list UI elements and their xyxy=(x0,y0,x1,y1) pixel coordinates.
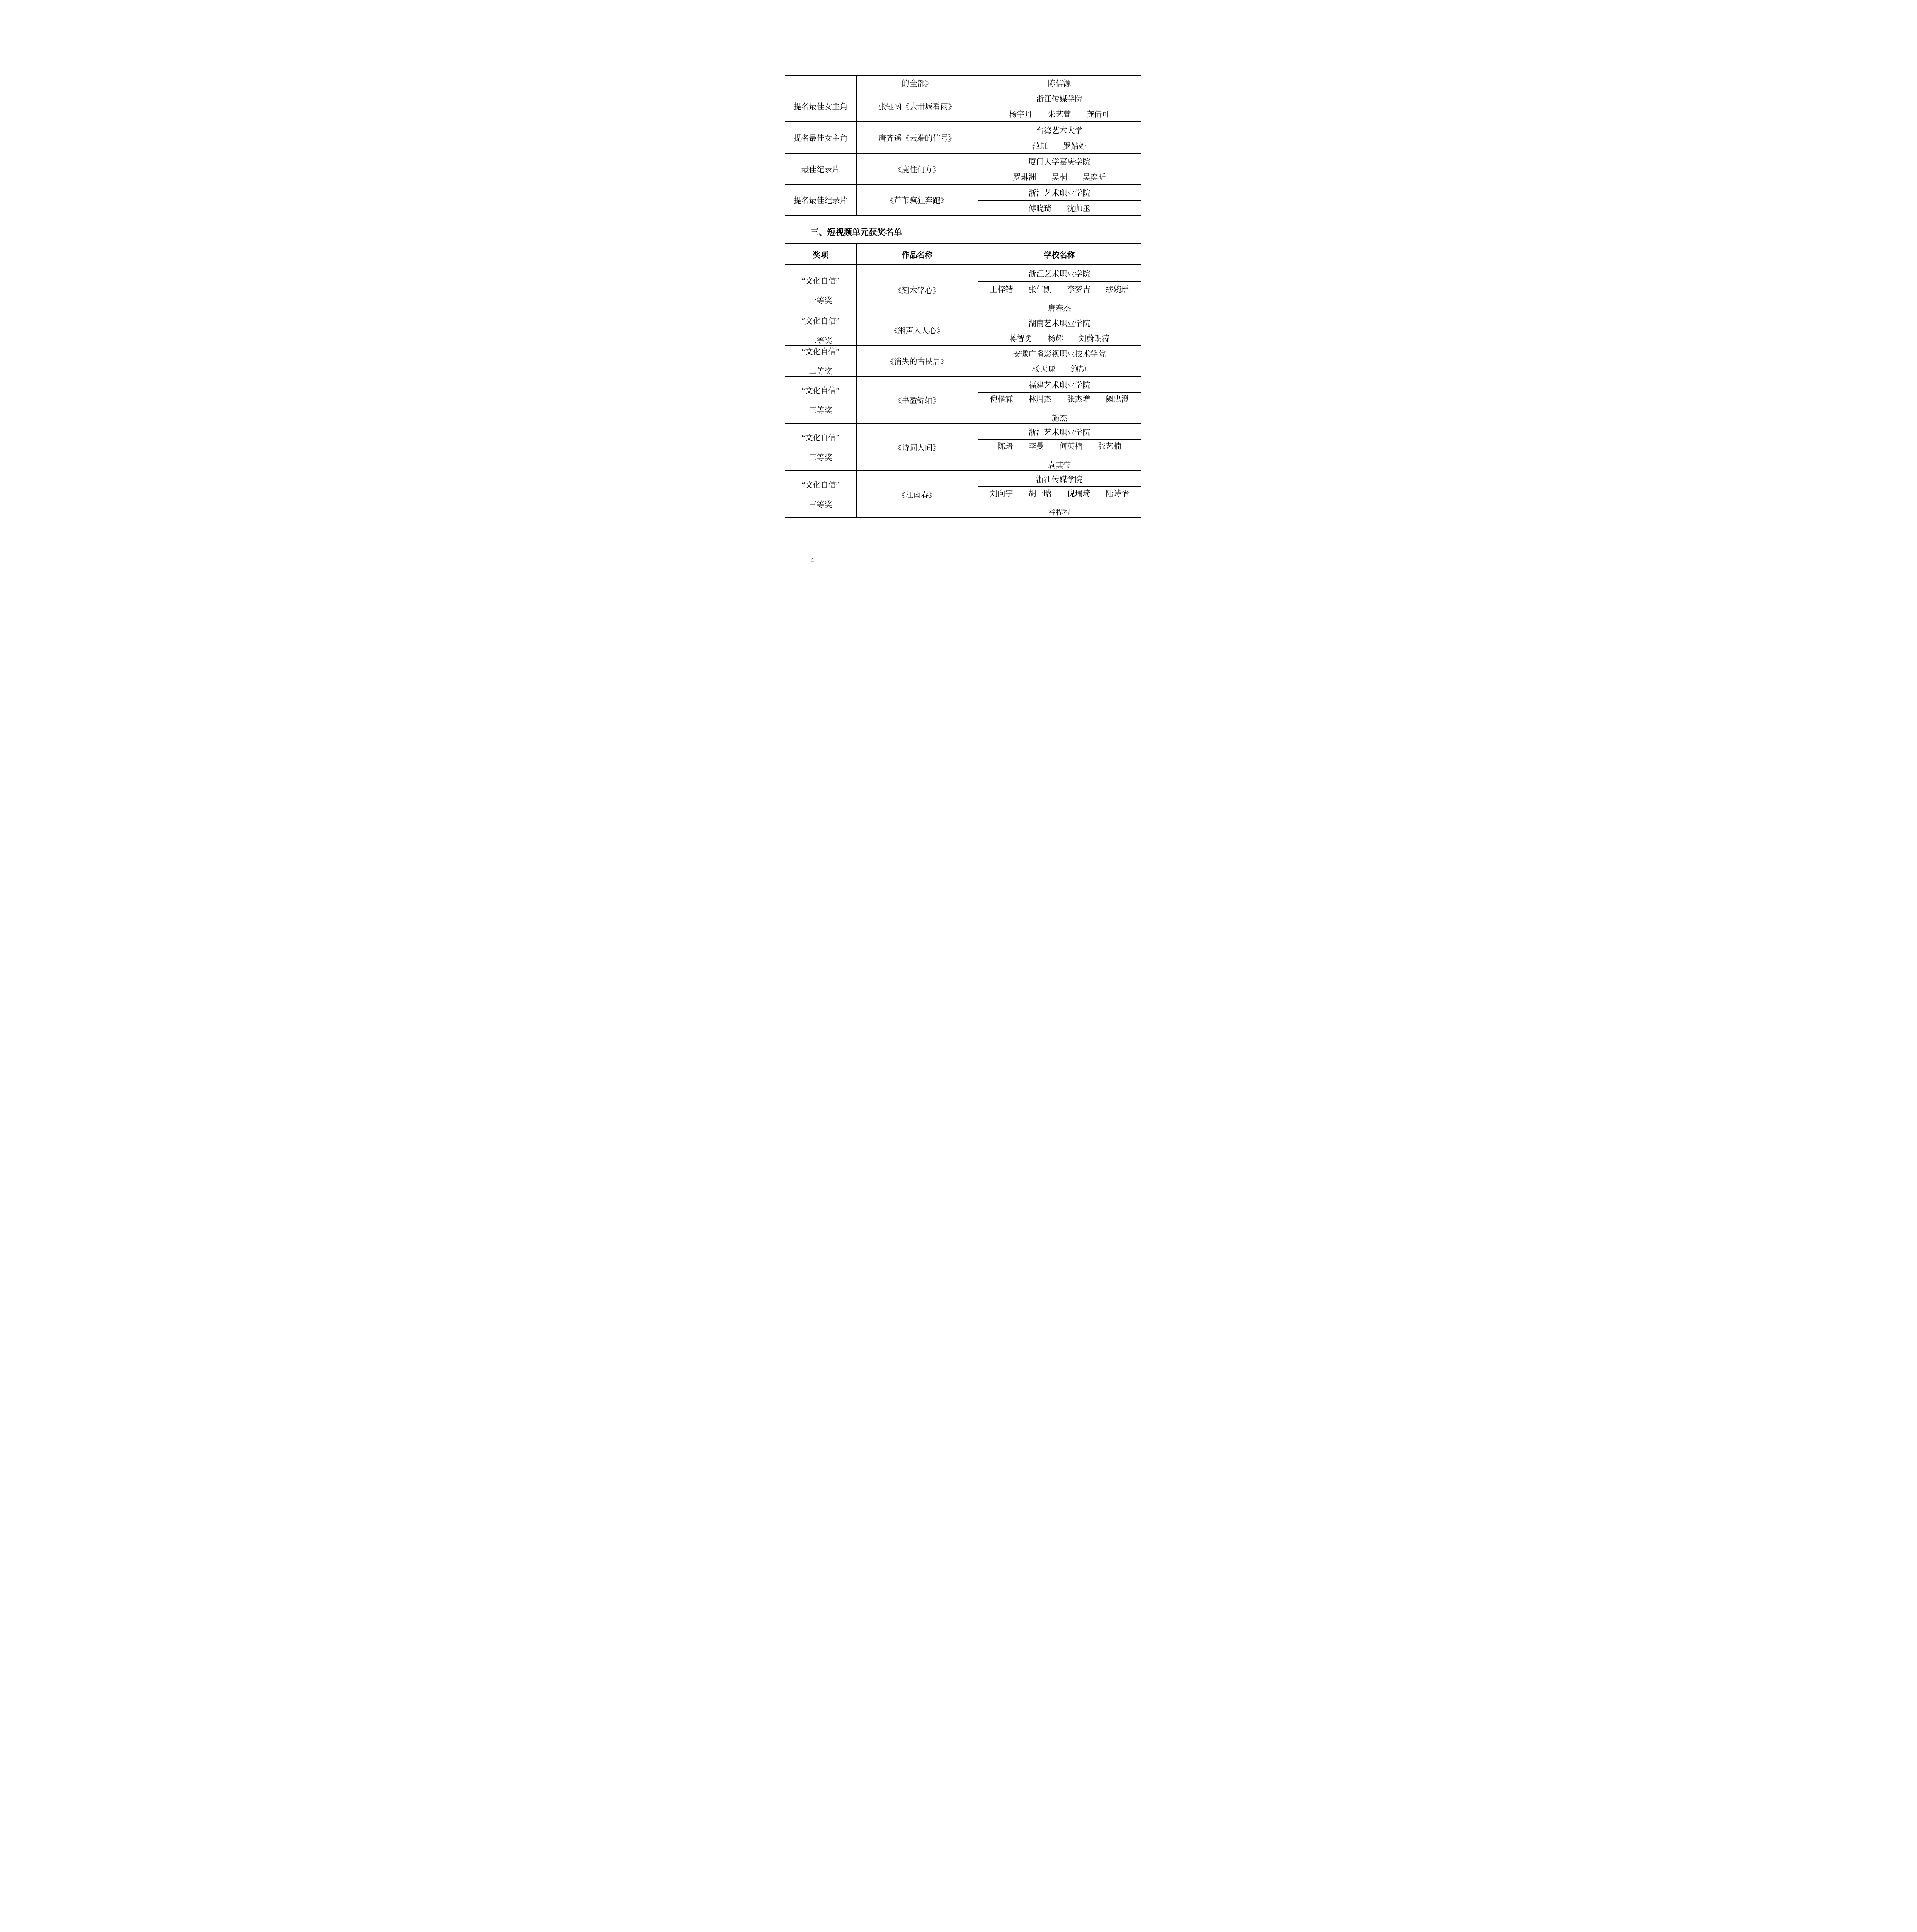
table-row: 提名最佳女主角 唐齐遥《云端的信号》 台湾艺术大学 范虹 罗婧婷 xyxy=(785,122,1141,154)
names-cell: 罗琳洲 吴桐 吴奕昕 xyxy=(978,169,1141,184)
work-cell: 《芦苇疯狂奔跑》 xyxy=(857,185,978,215)
header-work: 作品名称 xyxy=(857,244,978,264)
award-line2: 二等奖 xyxy=(809,365,832,376)
school-cell: 厦门大学嘉庚学院 xyxy=(978,154,1141,169)
names-cell: 蒋智勇 杨辉 刘蔚朗涛 xyxy=(978,330,1141,345)
table-row: “文化自信” 一等奖 《刻木铭心》 浙江艺术职业学院 王梓锴 张仁凯 李梦吉 缪… xyxy=(785,265,1141,315)
short-video-awards-table: 奖项 作品名称 学校名称 “文化自信” 一等奖 《刻木铭心》 浙江艺术职业学院 … xyxy=(785,243,1141,518)
table-row: “文化自信” 二等奖 《湘声入人心》 湖南艺术职业学院 蒋智勇 杨辉 刘蔚朗涛 xyxy=(785,315,1141,346)
work-cell: 的全部》 xyxy=(857,76,978,90)
names-line1: 杨天琛 鲍劼 xyxy=(1032,363,1087,374)
award-cell: 最佳纪录片 xyxy=(785,154,857,184)
names-cell: 王梓锴 张仁凯 李梦吉 缪婉瑶 唐春杰 xyxy=(978,282,1141,315)
names-line1: 陈琦 李曼 何英楠 张艺楠 xyxy=(998,440,1121,451)
table-row: “文化自信” 二等奖 《消失的古民居》 安徽广播影视职业技术学院 杨天琛 鲍劼 xyxy=(785,346,1141,377)
names-cell: 陈信源 xyxy=(978,76,1141,90)
table-row: “文化自信” 三等奖 《江南春》 浙江传媒学院 刘向宇 胡一晗 倪瑞琦 陆诗怡 … xyxy=(785,471,1141,518)
school-cell: 浙江传媒学院 xyxy=(978,90,1141,106)
header-school: 学校名称 xyxy=(978,244,1141,264)
award-cell: 提名最佳女主角 xyxy=(785,122,857,153)
award-cell: 提名最佳纪录片 xyxy=(785,185,857,215)
award-line1: “文化自信” xyxy=(802,346,840,357)
work-cell: 《刻木铭心》 xyxy=(857,265,978,315)
names-line1: 蒋智勇 杨辉 刘蔚朗涛 xyxy=(1009,332,1110,344)
school-cell: 浙江艺术职业学院 xyxy=(978,424,1141,440)
award-line2: 三等奖 xyxy=(809,404,832,415)
award-line1: “文化自信” xyxy=(802,432,840,443)
school-cell: 湖南艺术职业学院 xyxy=(978,315,1141,330)
names-cell: 傅晓琦 沈帅丞 xyxy=(978,201,1141,215)
award-line2: 三等奖 xyxy=(809,498,832,510)
table-row: “文化自信” 三等奖 《诗词人间》 浙江艺术职业学院 陈琦 李曼 何英楠 张艺楠… xyxy=(785,424,1141,471)
names-cell: 倪楷霖 林周杰 张杰增 阙忠澄 施杰 xyxy=(978,393,1141,423)
work-cell: 《诗词人间》 xyxy=(857,424,978,470)
school-cell: 福建艺术职业学院 xyxy=(978,377,1141,393)
award-cell: “文化自信” 三等奖 xyxy=(785,424,857,470)
awards-table-continuation: 的全部》 陈信源 提名最佳女主角 张钰函《去卅城看雨》 浙江传媒学院 杨宇丹 朱… xyxy=(785,75,1141,216)
section-heading: 三、短视频单元获奖名单 xyxy=(811,225,902,239)
names-line1: 刘向宇 胡一晗 倪瑞琦 陆诗怡 xyxy=(990,487,1129,498)
names-line2: 袁其莹 xyxy=(1048,459,1071,470)
table-row: 最佳纪录片 《鹿往何方》 厦门大学嘉庚学院 罗琳洲 吴桐 吴奕昕 xyxy=(785,154,1141,185)
names-cell: 杨宇丹 朱艺萱 龚倩可 xyxy=(978,106,1141,121)
page-number: —4— xyxy=(803,556,822,565)
names-line2: 谷程程 xyxy=(1048,506,1071,517)
school-cell: 浙江传媒学院 xyxy=(978,471,1141,487)
work-cell: 唐齐遥《云端的信号》 xyxy=(857,122,978,153)
school-cell: 浙江艺术职业学院 xyxy=(978,265,1141,282)
work-cell: 《书盈锦轴》 xyxy=(857,377,978,423)
names-line1: 倪楷霖 林周杰 张杰增 阙忠澄 xyxy=(990,393,1129,404)
award-line1: “文化自信” xyxy=(802,384,840,396)
school-cell: 浙江艺术职业学院 xyxy=(978,185,1141,201)
names-cell: 范虹 罗婧婷 xyxy=(978,138,1141,153)
table-row: “文化自信” 三等奖 《书盈锦轴》 福建艺术职业学院 倪楷霖 林周杰 张杰增 阙… xyxy=(785,377,1141,424)
award-line2: 一等奖 xyxy=(809,294,832,306)
work-cell: 《湘声入人心》 xyxy=(857,315,978,345)
award-line1: “文化自信” xyxy=(802,479,840,490)
school-cell: 安徽广播影视职业技术学院 xyxy=(978,346,1141,361)
award-line1: “文化自信” xyxy=(802,275,840,286)
award-line2: 二等奖 xyxy=(809,335,832,345)
names-cell: 刘向宇 胡一晗 倪瑞琦 陆诗怡 谷程程 xyxy=(978,487,1141,517)
names-line1: 王梓锴 张仁凯 李梦吉 缪婉瑶 xyxy=(990,283,1129,294)
award-cell: “文化自信” 二等奖 xyxy=(785,346,857,376)
table-row: 提名最佳女主角 张钰函《去卅城看雨》 浙江传媒学院 杨宇丹 朱艺萱 龚倩可 xyxy=(785,90,1141,122)
work-cell: 《江南春》 xyxy=(857,471,978,517)
names-line2: 施杰 xyxy=(1052,412,1067,423)
award-line2: 三等奖 xyxy=(809,451,832,463)
document-page: 的全部》 陈信源 提名最佳女主角 张钰函《去卅城看雨》 浙江传媒学院 杨宇丹 朱… xyxy=(746,0,1171,601)
work-cell: 《鹿往何方》 xyxy=(857,154,978,184)
header-award: 奖项 xyxy=(785,244,857,264)
work-cell: 《消失的古民居》 xyxy=(857,346,978,376)
award-cell xyxy=(785,76,857,90)
school-cell: 台湾艺术大学 xyxy=(978,122,1141,138)
award-cell: “文化自信” 二等奖 xyxy=(785,315,857,345)
names-cell: 陈琦 李曼 何英楠 张艺楠 袁其莹 xyxy=(978,440,1141,470)
award-cell: “文化自信” 三等奖 xyxy=(785,377,857,423)
names-line2: 唐春杰 xyxy=(1048,302,1071,313)
award-cell: “文化自信” 一等奖 xyxy=(785,265,857,315)
award-line1: “文化自信” xyxy=(802,315,840,326)
work-cell: 张钰函《去卅城看雨》 xyxy=(857,90,978,121)
table-header-row: 奖项 作品名称 学校名称 xyxy=(785,244,1141,265)
table-row: 的全部》 陈信源 xyxy=(785,76,1141,90)
table-row: 提名最佳纪录片 《芦苇疯狂奔跑》 浙江艺术职业学院 傅晓琦 沈帅丞 xyxy=(785,185,1141,216)
award-cell: 提名最佳女主角 xyxy=(785,90,857,121)
names-cell: 杨天琛 鲍劼 xyxy=(978,361,1141,376)
award-cell: “文化自信” 三等奖 xyxy=(785,471,857,517)
